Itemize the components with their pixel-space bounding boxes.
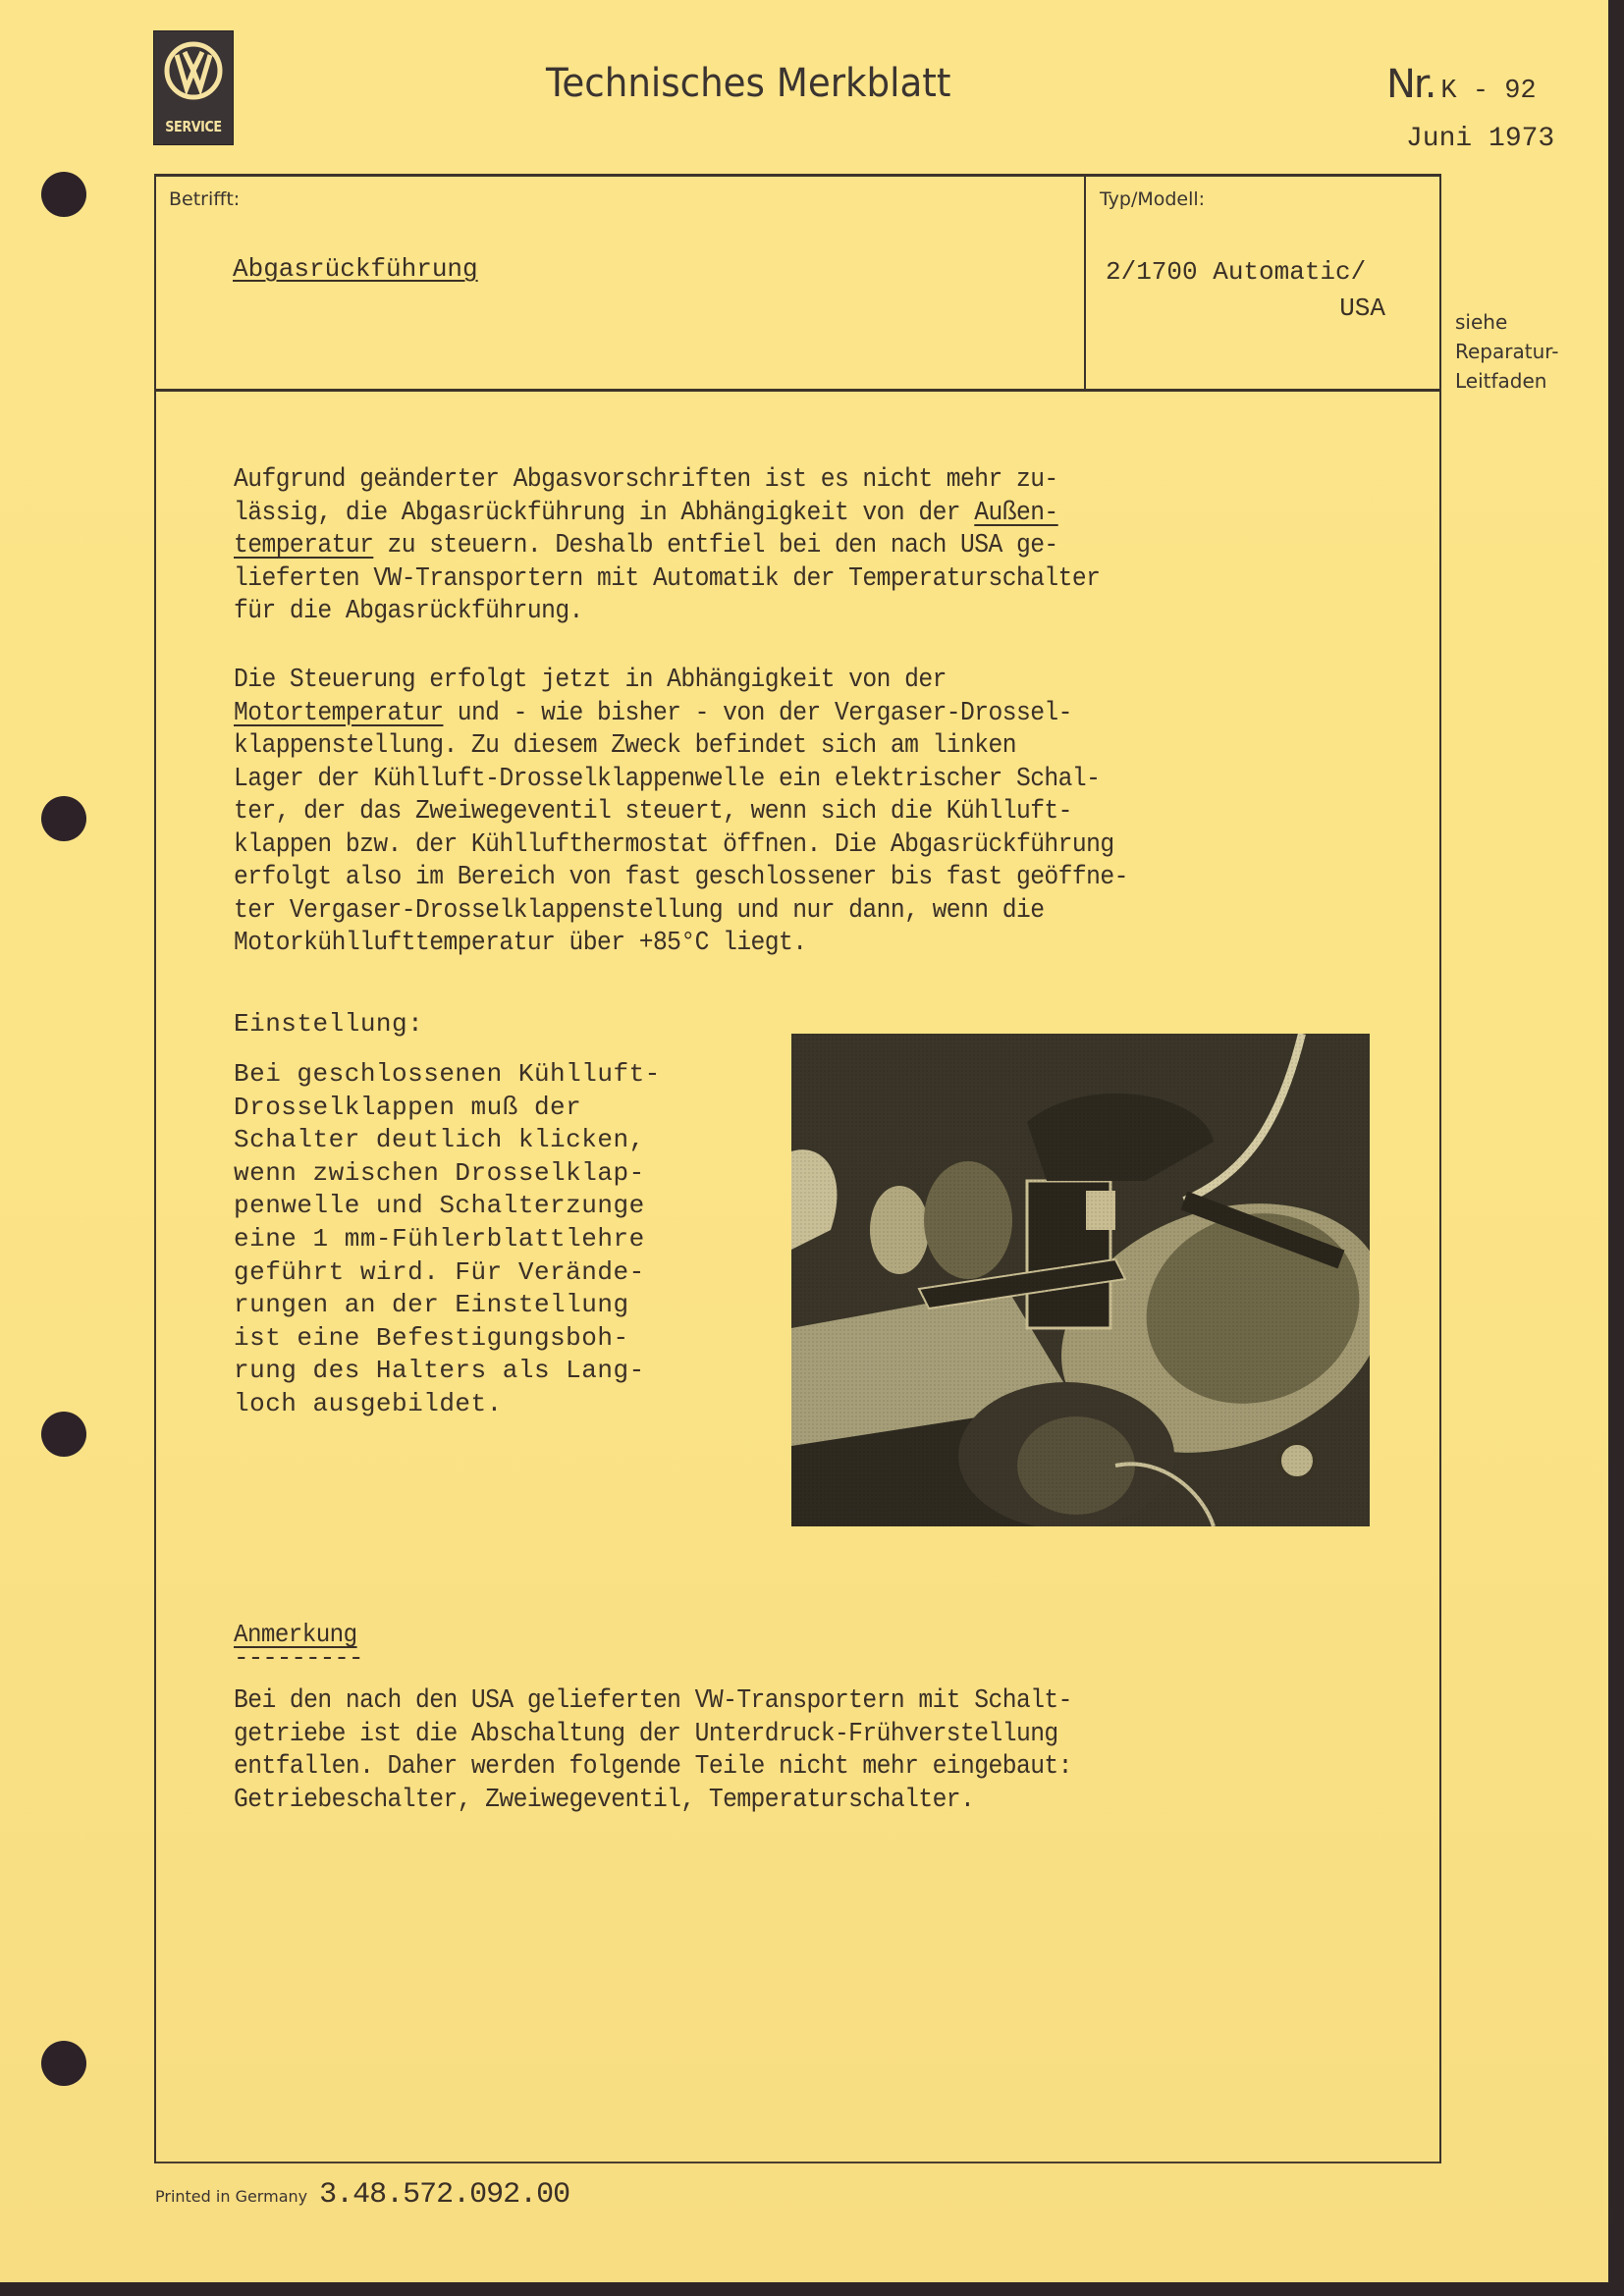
underlined-term: temperatur xyxy=(234,530,373,560)
document-number: Nr.K - 92 xyxy=(1386,62,1537,107)
frame-line xyxy=(1439,174,1441,2163)
punch-hole xyxy=(41,2041,86,2086)
text-line: klappen bzw. der Kühllufthermostat öffne… xyxy=(234,828,1128,862)
logo-service-text: SERVICE xyxy=(160,118,227,135)
text-span: lässig, die Abgasrückführung in Abhängig… xyxy=(234,498,974,527)
footer: Printed in Germany3.48.572.092.00 xyxy=(155,2178,569,2212)
typ-modell-label: Typ/Modell: xyxy=(1100,188,1205,210)
einstellung-heading: Einstellung: xyxy=(234,1009,423,1039)
frame-divider xyxy=(1084,174,1086,391)
model-line-2: USA xyxy=(1106,291,1405,327)
nr-value: K - 92 xyxy=(1440,77,1536,106)
subject-value: Abgasrückführung xyxy=(233,254,478,284)
text-line: für die Abgasrückführung. xyxy=(234,595,1100,628)
printed-in-germany: Printed in Germany xyxy=(155,2187,307,2206)
text-line: lässig, die Abgasrückführung in Abhängig… xyxy=(234,497,1100,530)
text-span: zu steuern. Deshalb entfiel bei den nach… xyxy=(373,530,1057,560)
document-code: 3.48.572.092.00 xyxy=(319,2178,569,2212)
betrifft-label: Betrifft: xyxy=(169,188,240,210)
side-note: siehe Reparatur- Leitfaden xyxy=(1455,307,1558,396)
text-line: ter Vergaser-Drosselklappenstellung und … xyxy=(234,894,1128,928)
text-line: Motortemperatur und - wie bisher - von d… xyxy=(234,697,1128,730)
frame-line xyxy=(154,174,1441,177)
vw-emblem-icon xyxy=(163,39,224,108)
text-span: und - wie bisher - von der Vergaser-Dros… xyxy=(443,698,1071,727)
model-value: 2/1700 Automatic/ USA xyxy=(1106,254,1405,327)
photo-illustration xyxy=(791,1034,1370,1526)
side-note-line: Reparatur- xyxy=(1455,337,1558,366)
side-note-line: Leitfaden xyxy=(1455,366,1558,396)
switch-photo xyxy=(791,1034,1370,1526)
side-note-line: siehe xyxy=(1455,307,1558,337)
text-line: erfolgt also im Bereich von fast geschlo… xyxy=(234,861,1128,894)
paragraph-intro: Aufgrund geänderter Abgasvorschriften is… xyxy=(234,463,1100,628)
anmerkung-text: Bei den nach den USA gelieferten VW-Tran… xyxy=(234,1684,1072,1816)
paragraph-control: Die Steuerung erfolgt jetzt in Abhängigk… xyxy=(234,664,1128,960)
vw-service-logo: SERVICE xyxy=(153,30,234,145)
anmerkung-dashes: --------- xyxy=(234,1643,362,1673)
text-line: Die Steuerung erfolgt jetzt in Abhängigk… xyxy=(234,664,1128,697)
text-line: temperatur zu steuern. Deshalb entfiel b… xyxy=(234,529,1100,562)
underlined-term: Motortemperatur xyxy=(234,698,443,727)
text-line: Motorkühllufttemperatur über +85°C liegt… xyxy=(234,927,1128,960)
punch-hole xyxy=(41,796,86,841)
text-line: Aufgrund geänderter Abgasvorschriften is… xyxy=(234,463,1100,497)
punch-hole xyxy=(41,1412,86,1457)
punch-hole xyxy=(41,172,86,217)
model-line-1: 2/1700 Automatic/ xyxy=(1106,254,1405,291)
frame-line xyxy=(154,389,1441,392)
einstellung-text: Bei geschlossenen Kühlluft- Drosselklapp… xyxy=(234,1058,661,1421)
text-line: klappenstellung. Zu diesem Zweck befinde… xyxy=(234,729,1128,763)
document-title: Technisches Merkblatt xyxy=(546,61,950,106)
underlined-term: Außen- xyxy=(974,498,1057,527)
text-line: lieferten VW-Transportern mit Automatik … xyxy=(234,562,1100,596)
text-line: Lager der Kühlluft-Drosselklappenwelle e… xyxy=(234,763,1128,796)
frame-line xyxy=(154,174,156,2163)
document-date: Juni 1973 xyxy=(1406,124,1554,154)
document-page: SERVICE Technisches Merkblatt Nr.K - 92 … xyxy=(0,0,1608,2282)
text-line: ter, der das Zweiwegeventil steuert, wen… xyxy=(234,795,1128,828)
frame-line xyxy=(154,2162,1441,2163)
nr-label: Nr. xyxy=(1386,62,1435,107)
